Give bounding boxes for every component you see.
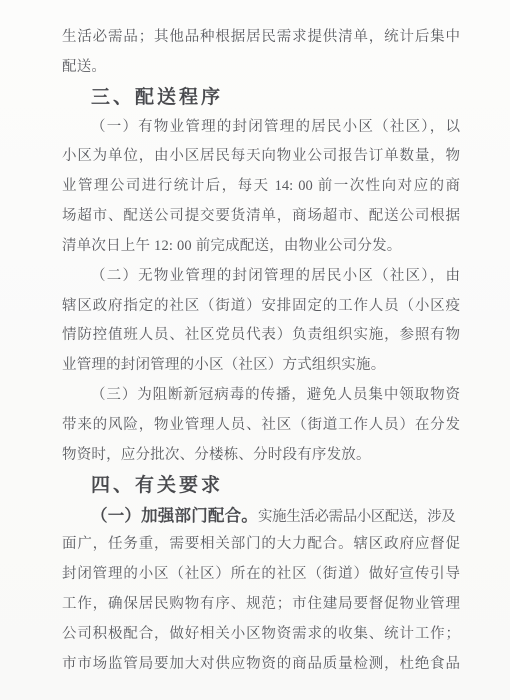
text-line: 业管理公司进行统计后，每天 14: 00 前一次性向对应的商 [62,172,460,202]
text-line: （一）有物业管理的封闭管理的居民小区（社区），以 [62,113,460,143]
text-line: 面广，任务重，需要相关部门的大力配合。辖区政府应督促 [62,530,460,560]
text-line: 市市场监管局要加大对供应物资的商品质量检测，杜绝食品 [62,650,460,680]
text-line: 工作，确保居民购物有序、规范；市住建局要督促物业管理 [62,590,460,620]
text-line: 小区为单位，由小区居民每天向物业公司报告订单数量，物 [62,142,460,172]
text-line: 清单次日上午 12: 00 前完成配送，由物业公司分发。 [62,232,460,262]
section-heading: 四、有关要求 [62,471,460,501]
text-line: 公司积极配合，做好相关小区物资需求的收集、统计工作； [62,620,460,650]
text-line: 业管理的封闭管理的小区（社区）方式组织实施。 [62,351,460,381]
text-line: （三）为阻断新冠病毒的传播，避免人员集中领取物资 [62,381,460,411]
text-line: 场超市、配送公司提交要货清单，商场超市、配送公司根据 [62,202,460,232]
paragraph-lead-bold: （一）加强部门配合。 [91,506,258,525]
text-line: 生活必需品；其他品种根据居民需求提供清单，统计后集中 [62,23,460,53]
text-line: 封闭管理的小区（社区）所在的社区（街道）做好宣传引导 [62,560,460,590]
text-line: 物资时，应分批次、分楼栋、分时段有序发放。 [62,441,460,471]
text-line: 带来的风险，物业管理人员、社区（街道工作人员）在分发 [62,411,460,441]
text-line: （二）无物业管理的封闭管理的居民小区（社区），由 [62,262,460,292]
scanned-document-page: 生活必需品；其他品种根据居民需求提供清单，统计后集中 配送。 三、配送程序 （一… [0,0,510,700]
paragraph-lead-rest: 实施生活必需品小区配送，涉及 [258,509,455,525]
text-line: （一）加强部门配合。实施生活必需品小区配送，涉及 [62,501,460,531]
section-heading: 三、配送程序 [62,83,460,113]
text-line: 情防控值班人员、社区党员代表）负责组织实施，参照有物 [62,321,460,351]
text-line: 配送。 [62,53,460,83]
text-line: 辖区政府指定的社区（街道）安排固定的工作人员（小区疫 [62,292,460,322]
